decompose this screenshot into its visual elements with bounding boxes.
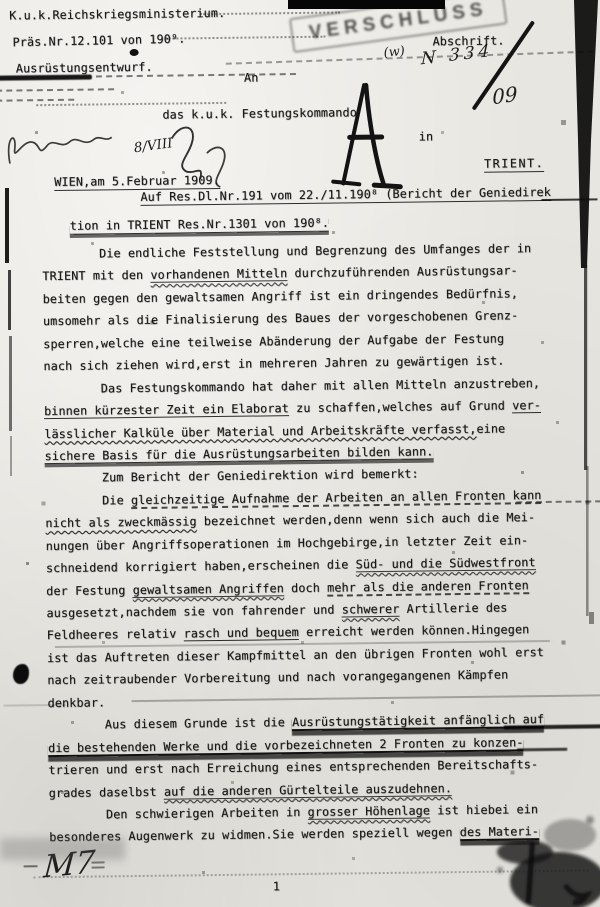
typed-text: umsomehr als die Finalisierung des Baues…: [43, 309, 518, 329]
typed-text: beiten gegen den gewaltsamen Angriff ist…: [43, 286, 518, 306]
scan-edge-mark-left: [9, 336, 12, 431]
underlined-text: schwerer: [342, 602, 400, 618]
typed-text: erreicht werden können.Hingegen: [299, 623, 530, 640]
underlined-text: grosser Höhenlage: [308, 803, 431, 819]
typed-text: bezeichnet werden,denn wenn sich auch di…: [197, 510, 536, 528]
ink-blot: [130, 49, 139, 56]
handwritten-slash-stroke: [465, 17, 546, 113]
typed-text: Das Festungskommando hat daher mit allen…: [101, 376, 540, 395]
handwritten-registry-w: (w): [383, 44, 406, 61]
pen-equals-mark: [92, 861, 105, 863]
typed-text: durchzuführenden Ausrüstungsar-: [287, 264, 518, 281]
typed-text: Den schwierigen Arbeiten in: [106, 805, 308, 821]
ink-smear-line: [0, 75, 92, 81]
scan-edge-mark-left: [10, 436, 12, 476]
typed-text: nungen über Angriffsoperationen im Hochg…: [46, 533, 529, 553]
document-content-layer: K.u.k.Reichskriegsministerium. Präs.Nr.1…: [0, 0, 600, 907]
typed-text: sperren,welche eine teilweise Abänderung…: [43, 331, 504, 351]
scan-shadow-bottom-left: [0, 838, 125, 860]
typed-text: Zum Bericht der Geniedirektion wird beme…: [102, 467, 419, 485]
dotted-crease: [36, 102, 226, 106]
typed-text: nach sich ziehen wird,erst in mehreren J…: [43, 354, 504, 374]
sender-line-2: Präs.Nr.12.101 von 190⁹.: [12, 32, 185, 51]
underlined-text: Süd- und die Südwestfront: [356, 555, 536, 572]
typed-text: Artillerie des: [399, 600, 507, 615]
address-in: in: [419, 129, 434, 144]
typed-text: Feldheeres relativ: [47, 627, 184, 643]
typed-text: Die: [102, 493, 131, 507]
scan-edge-band-right: [560, 0, 600, 907]
underlined-text: rasch und bequem: [184, 625, 299, 641]
typed-text: der Festung: [46, 583, 133, 598]
scan-smudge-bottom-right: [430, 800, 600, 907]
handwritten-margin-note: [1, 113, 252, 196]
underlined-text: gleichzeitige Aufnahme der Arbeiten an a…: [131, 488, 542, 509]
address-city: TRIENT.: [484, 156, 544, 173]
underlined-text: mehr als die anderen Fronten: [327, 578, 529, 596]
scan-noise: [0, 0, 1, 1]
scan-edge-mark-left: [5, 188, 9, 263]
pen-dash: [24, 865, 38, 867]
underlined-text: binnen kürzester Zeit ein Elaborat: [44, 401, 289, 419]
typed-text: grades daselbst: [49, 784, 164, 799]
dashed-crease: [0, 88, 114, 91]
scan-edge-mark-left: [8, 270, 11, 330]
page-number: 1: [273, 879, 280, 894]
typed-text: schneidend korrigiert haben,erscheinen d…: [46, 557, 356, 575]
underlined-text: auf die anderen Gürtelteile auszudehnen.: [164, 781, 452, 800]
typed-text: trieren und erst nach Erreichung eines e…: [48, 757, 538, 777]
typed-text: zu schaffen,welches auf Grund: [289, 398, 512, 415]
underlined-text: lässlicher Kalküle über Material und Arb…: [44, 421, 476, 440]
document-body: Die endliche Feststellung und Begrenzung…: [42, 237, 569, 849]
sender-line-1: K.u.k.Reichskriegsministerium.: [9, 6, 225, 24]
typed-text: eine: [476, 421, 505, 435]
typed-text: Aus diesem Grunde ist die: [105, 715, 292, 731]
underlined-text: nicht als zweckmässig: [45, 515, 196, 531]
scanned-document-page: K.u.k.Reichskriegsministerium. Präs.Nr.1…: [0, 0, 600, 907]
typed-text: Die endliche Feststellung und Begrenzung…: [99, 241, 531, 260]
underlined-text: sichere Basis für die Ausrüstungsarbeite…: [44, 444, 433, 464]
typed-text: nach zeitraubender Vorbereitung und nach…: [47, 668, 508, 688]
typed-text: doch: [284, 580, 327, 595]
reference-line-2: tion in TRIENT Res.Nr.1301 von 190⁸.: [70, 216, 329, 235]
underlined-text: ver-: [512, 398, 541, 413]
typed-text: ausgesetzt,nachdem sie von fahrender und: [46, 603, 341, 621]
scan-edge-bar-top: [288, 0, 445, 9]
typed-text: denkbar.: [47, 695, 105, 710]
typed-text: TRIENT mit den: [42, 268, 150, 283]
dashed-crease: [0, 99, 74, 102]
handwritten-letter-a: [324, 77, 405, 196]
underlined-text: gewaltsamen Angriffen: [133, 581, 284, 598]
typed-text: ist das Auftreten dieser Kampfmittel an …: [47, 645, 544, 665]
underlined-text: vorhandenen Mitteln: [150, 267, 287, 284]
